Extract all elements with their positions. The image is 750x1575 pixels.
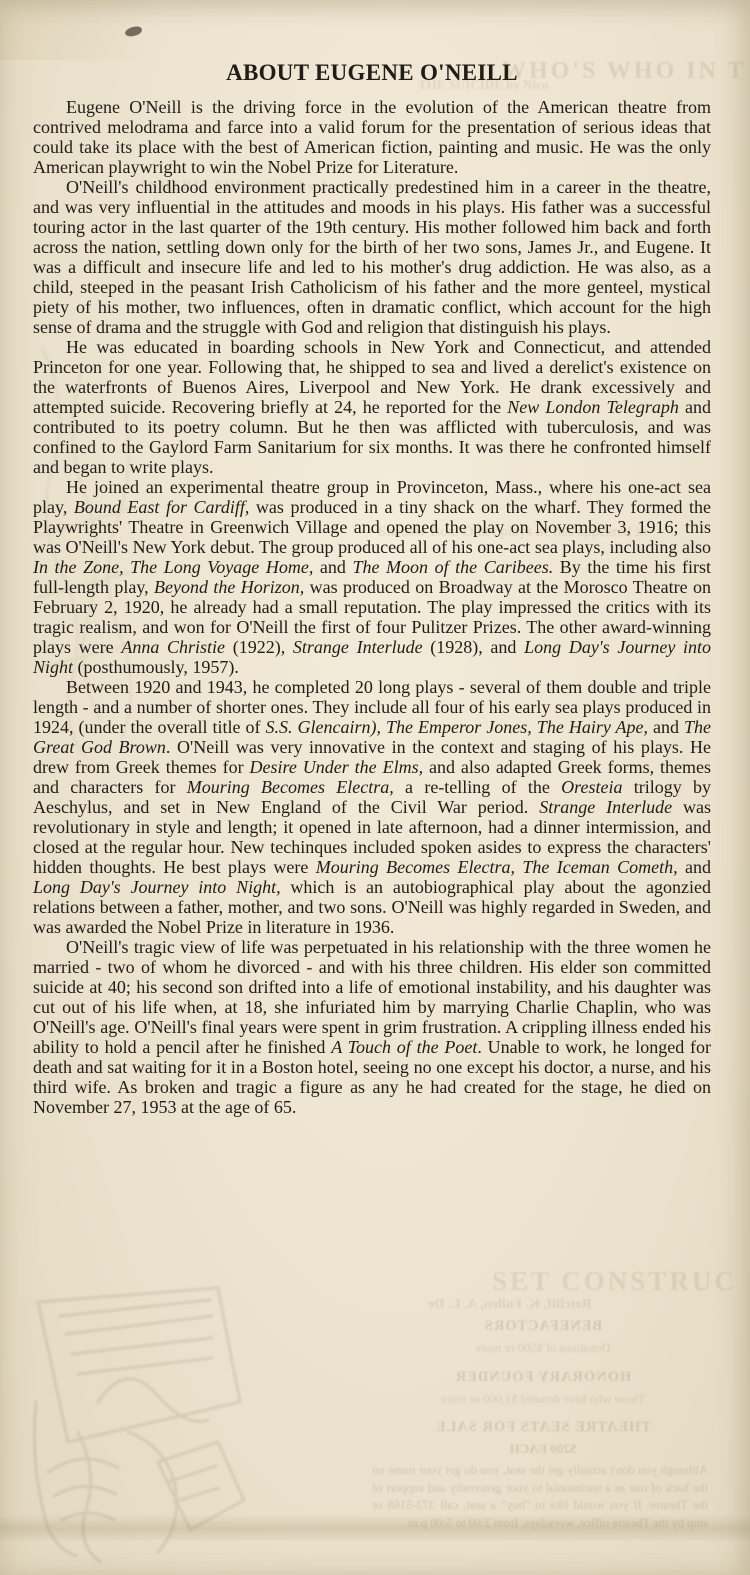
bleedthrough-contributors-fragment: Retcliff, K. Fullen, A. L. De [428, 1297, 591, 1313]
bleedthrough-seat-price: $200 EACH [378, 1441, 708, 1457]
bleedthrough-set-construction-heading: SET CONSTRUC [492, 1266, 737, 1297]
bleedthrough-benefactors-subtext: Donations of $500 or more [378, 1341, 708, 1356]
paragraph: Between 1920 and 1943, he completed 20 l… [33, 677, 711, 937]
bleedthrough-illustration [8, 1282, 308, 1567]
paper-crease [0, 1514, 750, 1540]
bleedthrough-honorary-founder-heading: HONORARY FOUNDER [378, 1369, 708, 1386]
article: ABOUT EUGENE O'NEILL Eugene O'Neill is t… [33, 60, 711, 1117]
bleedthrough-theatre-seats-heading: THEATRE SEATS FOR SALE [378, 1419, 708, 1436]
paragraph: O'Neill's tragic view of life was perpet… [33, 937, 711, 1117]
bleedthrough-founder-subtext: Those who have donated $1,000 or more [378, 1392, 708, 1407]
paragraph: Eugene O'Neill is the driving force in t… [33, 97, 711, 177]
scanned-program-page: WHO'S WHO IN T THE SUICIDE by Nico INHER… [0, 0, 750, 1575]
page-title: ABOUT EUGENE O'NEILL [33, 60, 711, 86]
paragraph: O'Neill's childhood environment practica… [33, 177, 711, 337]
paragraph: He was educated in boarding schools in N… [33, 337, 711, 477]
bleedthrough-seat-paragraph: Although you don't actually get the seat… [372, 1462, 708, 1532]
article-paragraphs: Eugene O'Neill is the driving force in t… [33, 97, 711, 1117]
bleedthrough-benefactors-heading: BENEFACTORS [378, 1318, 708, 1335]
paragraph: He joined an experimental theatre group … [33, 477, 711, 677]
paper-fold-shadow [0, 0, 240, 60]
ink-smudge [124, 26, 142, 38]
